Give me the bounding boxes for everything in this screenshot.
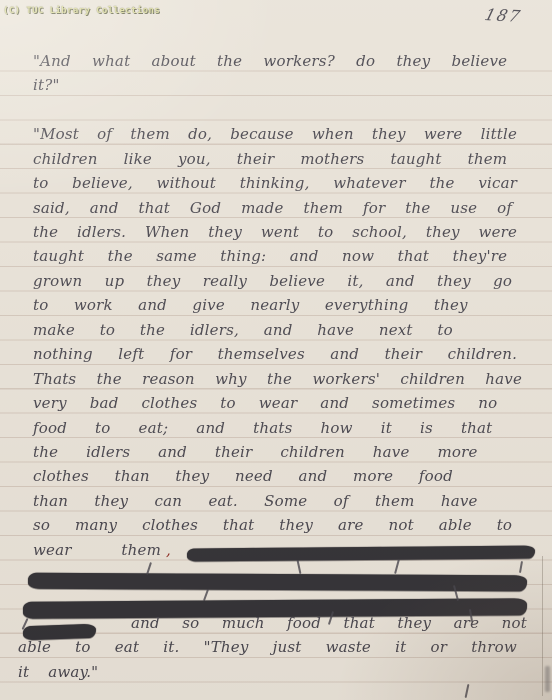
handwritten-text: clothes than they need and more food	[33, 467, 453, 486]
manuscript-line: grown up they really believe it, and the…	[33, 266, 527, 290]
manuscript-line: nothing left for themselves and their ch…	[33, 340, 527, 364]
manuscript-line: than they can eat. Some of them have	[33, 486, 527, 510]
manuscript-line: taught the same thing: and now that they…	[33, 242, 527, 266]
handwritten-text: grown up they really believe it, and the…	[33, 272, 512, 291]
manuscript-line: it?"	[33, 71, 527, 95]
manuscript-line: very bad clothes to wear and sometimes n…	[33, 389, 527, 413]
handwritten-text: Thats the reason why the workers' childr…	[33, 370, 522, 389]
manuscript-line: food to eat; and thats how it is that	[33, 413, 527, 437]
manuscript-line: the idlers and their children have more	[33, 438, 527, 462]
handwritten-text: nothing left for themselves and their ch…	[33, 345, 517, 364]
handwritten-text: so many clothes that they are not able t…	[33, 516, 512, 535]
manuscript-line: so many clothes that they are not able t…	[33, 511, 527, 535]
manuscript-line: and so much food that they are not	[33, 609, 527, 633]
handwritten-text: wear them	[33, 541, 161, 560]
manuscript-line: children like you, their mothers taught …	[33, 144, 527, 168]
manuscript-line	[33, 584, 527, 608]
handwritten-text: and so much food that they are not	[131, 614, 527, 633]
page-edge-line	[542, 556, 543, 696]
handwritten-text: "Most of them do, because when they were…	[33, 125, 517, 144]
handwritten-text: taught the same thing: and now that they…	[33, 247, 507, 266]
manuscript-line: the idlers. When they went to school, th…	[33, 218, 527, 242]
manuscript-line: to believe, without thinking, whatever t…	[33, 169, 527, 193]
manuscript-line: it away."	[33, 657, 527, 681]
handwritten-text: to believe, without thinking, whatever t…	[33, 174, 517, 193]
manuscript-line: Thats the reason why the workers' childr…	[33, 364, 527, 388]
handwritten-text: to work and give nearly everything they	[33, 296, 468, 315]
handwritten-text: the idlers. When they went to school, th…	[33, 223, 517, 242]
manuscript-line: "Most of them do, because when they were…	[33, 120, 527, 144]
manuscript-line: make to the idlers, and have next to	[33, 315, 527, 339]
manuscript-line: to work and give nearly everything they	[33, 291, 527, 315]
handwritten-text: very bad clothes to wear and sometimes n…	[33, 394, 497, 413]
page-number: 187	[483, 5, 524, 26]
manuscript-line: said, and that God made them for the use…	[33, 193, 527, 217]
manuscript-line: able to eat it. "They just waste it or t…	[33, 633, 527, 657]
handwritten-text: food to eat; and thats how it is that	[33, 419, 492, 438]
watermark-text: (C) TUC Library Collections	[3, 6, 160, 16]
manuscript-line: clothes than they need and more food	[33, 462, 527, 486]
handwritten-text: children like you, their mothers taught …	[33, 150, 507, 169]
handwritten-text: it?"	[33, 76, 60, 95]
handwritten-text: "And what about the workers? do they bel…	[33, 52, 507, 71]
manuscript-line: wear them,	[33, 535, 527, 559]
handwritten-text: the idlers and their children have more	[33, 443, 478, 462]
handwritten-text: said, and that God made them for the use…	[33, 199, 512, 218]
manuscript-line: "And what about the workers? do they bel…	[33, 47, 527, 71]
manuscript-line	[33, 560, 527, 584]
handwritten-text: it away."	[18, 663, 98, 682]
manuscript-lines: "And what about the workers? do they bel…	[33, 47, 527, 682]
handwritten-text: ,	[166, 541, 171, 560]
manuscript-line	[33, 95, 527, 119]
handwritten-text: than they can eat. Some of them have	[33, 492, 478, 511]
handwritten-text: make to the idlers, and have next to	[33, 321, 453, 340]
handwritten-text: able to eat it. "They just waste it or t…	[18, 638, 517, 657]
edge-smudge	[545, 666, 550, 692]
manuscript-page: (C) TUC Library Collections 187 "And wha…	[0, 0, 552, 700]
